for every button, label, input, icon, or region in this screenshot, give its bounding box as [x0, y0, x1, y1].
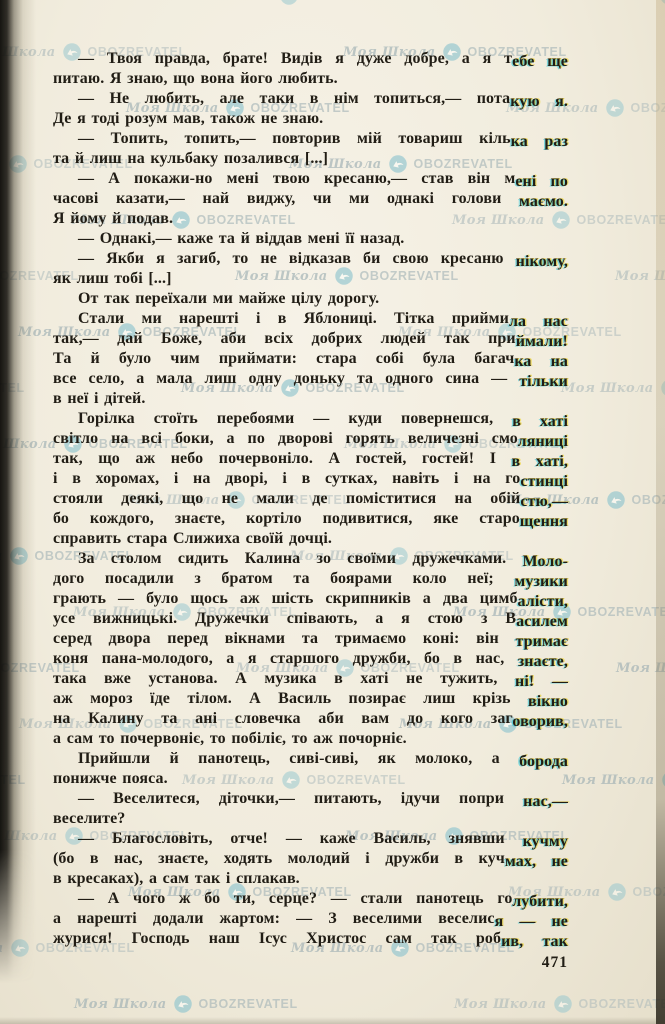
- text-segment: Стали ми нарешті і в Яблониці. Тітка при…: [78, 310, 509, 327]
- watermark-school-label: Моя Школа: [0, 941, 4, 956]
- watermark-school-label: Моя Школа: [616, 661, 665, 676]
- obozrevatel-globe-arrow-icon: [659, 0, 665, 6]
- text-segment: — Якби я загиб, то не відказав би свою к…: [78, 250, 516, 267]
- text-line: Я йому й подав.: [53, 209, 568, 229]
- text-segment: світло на всі боки, а по дворові горять …: [53, 430, 518, 447]
- paragraph: — А покажи-но мені твою кресаню,— став в…: [53, 169, 568, 229]
- text-segment: на Калину та ані словечка аби вам до ког…: [53, 710, 512, 727]
- scan-artifact-text: ні! —: [515, 673, 568, 690]
- paragraph: От так переїхали ми майже цілу дорогу.: [53, 289, 568, 309]
- text-segment: так, що аж небо почервоніло. А гостей, г…: [53, 450, 512, 467]
- scan-artifact-text: ив, так: [501, 933, 568, 950]
- text-line: та й лиш на кульбаку позалився [...]: [53, 149, 568, 169]
- scanned-book-page: Моя Школа OBOZREVATEL Моя Школа OBOZREVA…: [0, 0, 665, 1024]
- text-line: — Топить, топить,— повторив мій товариш …: [53, 129, 568, 149]
- text-segment: — Благословіть, отче! — каже Василь, зня…: [78, 830, 523, 847]
- scan-artifact-text: нас,—: [523, 793, 568, 810]
- text-segment: в неї і дітей.: [53, 390, 145, 407]
- watermark: Моя Школа OBOZREVATEL: [180, 0, 404, 6]
- text-line: грають — було щось аж шість скрипників а…: [53, 589, 568, 609]
- text-line: аж мороз їде тілом. А Василь позирає лиш…: [53, 689, 568, 709]
- text-line: Горілка стоїть перебоями — куди повернеш…: [53, 409, 568, 429]
- text-line: — Веселитеся, діточки,— питають, ідучи п…: [53, 789, 568, 809]
- scan-artifact-text: ебе ще: [512, 53, 568, 70]
- paragraph: — Веселитеся, діточки,— питають, ідучи п…: [53, 789, 568, 829]
- watermark-brand-label: OBOZREVATEL: [0, 773, 26, 787]
- text-segment: так,— дай Боже, аби всіх добрих людей та…: [53, 330, 516, 347]
- text-line: — Не любить, але таки в нім топиться,— п…: [53, 89, 568, 109]
- text-line: і в хоромах, і на дворі, і в сутках, нав…: [53, 469, 568, 489]
- watermark: Моя Школа OBOZREVATEL: [562, 770, 665, 790]
- watermark-brand-label: OBOZREVATEL: [632, 493, 665, 507]
- text-segment: все село, а мала лиш одну доньку та одно…: [53, 370, 519, 387]
- scan-artifact-text: ла нас: [509, 313, 568, 330]
- text-line: все село, а мала лиш одну доньку та одно…: [53, 369, 568, 389]
- scan-artifact-text: ені по: [515, 173, 568, 190]
- text-line: як лиш тобі [...]: [53, 269, 568, 289]
- text-segment: — Веселитеся, діточки,— питають, ідучи п…: [78, 790, 523, 807]
- text-line: От так переїхали ми майже цілу дорогу.: [53, 289, 568, 309]
- scan-artifact-text: щення: [520, 513, 568, 530]
- text-segment: — Топить, топить,— повторив мій товариш …: [78, 130, 511, 147]
- scan-artifact-text: кую я.: [510, 93, 568, 110]
- watermark-school-label: Моя Школа: [0, 549, 3, 564]
- watermark-brand-label: OBOZREVATEL: [579, 997, 665, 1011]
- text-segment: питаю. Я знаю, що вона його любить.: [53, 70, 338, 87]
- text-line: а сам то почервоніє, то побіліє, то аж п…: [53, 729, 568, 749]
- text-segment: така вже установа. А музика в хаті не ту…: [53, 670, 515, 687]
- text-line: часові казати,— най виджу, чи ми однакі …: [53, 189, 568, 209]
- scan-artifact-text: мах, не: [505, 853, 568, 870]
- watermark-brand-label: OBOZREVATEL: [577, 213, 665, 227]
- scan-artifact-text: в хаті,: [512, 453, 568, 470]
- text-segment: журися! Господь наш Ісус Христос сам так…: [53, 930, 501, 947]
- scan-artifact-text: в хаті: [512, 413, 568, 430]
- watermark-school-label: Моя Школа: [454, 997, 547, 1012]
- text-line: веселите?: [53, 809, 568, 829]
- scan-artifact-text: кучму: [523, 833, 568, 850]
- text-line: — А чого ж бо ти, серце? — стали панотец…: [53, 889, 568, 909]
- watermark-brand-label: OBOZREVATEL: [0, 381, 25, 395]
- obozrevatel-globe-arrow-icon: [279, 0, 299, 6]
- scan-artifact-text: знаєте,: [518, 653, 568, 670]
- obozrevatel-globe-arrow-icon: [9, 546, 29, 566]
- scan-artifact-text: оворив,: [512, 713, 568, 730]
- text-line: (бо в нас, знаєте, ходять молодий і друж…: [53, 849, 568, 869]
- text-segment: а нарешті додали жартом: — З веселими ве…: [53, 910, 495, 927]
- watermark: Моя Школа OBOZREVATEL: [0, 770, 26, 790]
- text-line: журися! Господь наш Ісус Христос сам так…: [53, 929, 568, 949]
- text-line: Стали ми нарешті і в Яблониці. Тітка при…: [53, 309, 568, 329]
- scan-artifact-text: лубити,: [512, 893, 568, 910]
- watermark-school-label: Моя Школа: [0, 157, 2, 172]
- obozrevatel-globe-arrow-icon: [10, 938, 30, 958]
- text-line: коня пана-молодого, а я старшого дружби,…: [53, 649, 568, 669]
- text-segment: стояли деякі, що не мали де поміститися …: [53, 490, 520, 507]
- paragraph: Прийшли й панотець, сиві-сиві, як молоко…: [53, 749, 568, 789]
- text-line: серед двора перед вікнами та тримаємо ко…: [53, 629, 568, 649]
- text-segment: Та й було чим приймати: стара собі була …: [53, 350, 514, 367]
- paragraph: — Твоя правда, брате! Видів я дуже добре…: [53, 49, 568, 89]
- text-line: питаю. Я знаю, що вона його любить.: [53, 69, 568, 89]
- text-segment: справить стара Слижиха своїй дочці.: [53, 530, 332, 547]
- watermark: Моя Школа OBOZREVATEL: [0, 0, 24, 6]
- watermark: Моя Школа OBOZREVATEL: [615, 266, 665, 286]
- text-segment: — Твоя правда, брате! Видів я дуже добре…: [78, 50, 512, 67]
- paragraph: — Не любить, але таки в нім топиться,— п…: [53, 89, 568, 129]
- scan-artifact-text: борода: [519, 753, 568, 770]
- text-segment: Де я тоді розум мав, також не знаю.: [53, 110, 323, 127]
- watermark: Моя Школа OBOZREVATEL: [561, 378, 665, 398]
- watermark-school-label: Моя Школа: [0, 45, 56, 60]
- paragraph: — Топить, топить,— повторив мій товариш …: [53, 129, 568, 169]
- text-line: — Благословіть, отче! — каже Василь, зня…: [53, 829, 568, 849]
- text-line: — Однакі,— каже та й віддав мені її наза…: [53, 229, 568, 249]
- watermark-brand-label: OBOZREVATEL: [305, 0, 404, 3]
- text-line: Та й було чим приймати: стара собі була …: [53, 349, 568, 369]
- obozrevatel-globe-arrow-icon: [8, 154, 28, 174]
- obozrevatel-globe-arrow-icon: [173, 994, 193, 1014]
- text-segment: Горілка стоїть перебоями — куди повернеш…: [78, 410, 512, 427]
- text-line: Де я тоді розум мав, також не знаю.: [53, 109, 568, 129]
- text-line: світло на всі боки, а по дворові горять …: [53, 429, 568, 449]
- text-segment: аж мороз їде тілом. А Василь позирає лиш…: [53, 690, 528, 707]
- bottom-edge-shadow: [0, 1017, 665, 1024]
- watermark: Моя Школа OBOZREVATEL: [616, 658, 665, 678]
- text-line: понижче пояса.: [53, 769, 568, 789]
- text-segment: — А покажи-но мені твою кресаню,— став в…: [78, 170, 515, 187]
- scan-artifact-text: асилем: [516, 613, 568, 630]
- text-segment: — А чого ж бо ти, серце? — стали панотец…: [78, 890, 512, 907]
- text-line: — Якби я загиб, то не відказав би свою к…: [53, 249, 568, 269]
- text-line: За столом сидить Калина зо своїми дружеч…: [53, 549, 568, 569]
- text-segment: — Не любить, але таки в нім топиться,— п…: [78, 90, 510, 107]
- paragraph: — Благословіть, отче! — каже Василь, зня…: [53, 829, 568, 889]
- text-segment: і в хоромах, і на дворі, і в сутках, нав…: [53, 470, 520, 487]
- paragraph: — А чого ж бо ти, серце? — стали панотец…: [53, 889, 568, 949]
- text-segment: понижче пояса.: [53, 770, 168, 787]
- text-segment: як лиш тобі [...]: [53, 270, 172, 287]
- scan-artifact-text: стю,—: [520, 493, 568, 510]
- text-segment: коня пана-молодого, а я старшого дружби,…: [53, 650, 518, 667]
- page-edge-shadow: [656, 0, 665, 1024]
- scan-artifact-text: вікно: [528, 693, 568, 710]
- obozrevatel-globe-arrow-icon: [660, 378, 665, 398]
- text-segment: Прийшли й панотець, сиві-сиві, як молоко…: [78, 750, 519, 767]
- obozrevatel-globe-arrow-icon: [606, 490, 626, 510]
- watermark-brand-label: OBOZREVATEL: [631, 101, 665, 115]
- obozrevatel-globe-arrow-icon: [661, 770, 665, 790]
- text-segment: а сам то почервоніє, то побіліє, то аж п…: [53, 730, 407, 747]
- watermark-school-label: Моя Школа: [560, 0, 653, 4]
- text-line: така вже установа. А музика в хаті не ту…: [53, 669, 568, 689]
- text-line: так, що аж небо почервоніло. А гостей, г…: [53, 449, 568, 469]
- paragraph: — Однакі,— каже та й віддав мені її наза…: [53, 229, 568, 249]
- watermark-brand-label: OBOZREVATEL: [633, 885, 665, 899]
- watermark: Моя Школа OBOZREVATEL: [454, 994, 665, 1014]
- paragraph: Горілка стоїть перебоями — куди повернеш…: [53, 409, 568, 549]
- watermark-brand-label: OBOZREVATEL: [0, 0, 24, 3]
- text-segment: грають — було щось аж шість скрипників а…: [53, 590, 518, 607]
- scan-artifact-text: ка раз: [511, 133, 568, 150]
- scan-artifact-text: я — не: [495, 913, 568, 930]
- text-line: в кресаках), а сам так і сплакав.: [53, 869, 568, 889]
- text-line: а нарешті додали жартом: — З веселими ве…: [53, 909, 568, 929]
- paragraph: За столом сидить Калина зо своїми дружеч…: [53, 549, 568, 749]
- watermark-school-label: Моя Школа: [74, 997, 167, 1012]
- text-segment: — Однакі,— каже та й віддав мені її наза…: [78, 230, 404, 247]
- text-segment: От так переїхали ми майже цілу дорогу.: [78, 290, 379, 307]
- text-line: так,— дай Боже, аби всіх добрих людей та…: [53, 329, 568, 349]
- watermark: Моя Школа OBOZREVATEL: [560, 0, 665, 6]
- text-line: усе вижницькі. Дружечки співають, а я ст…: [53, 609, 568, 629]
- text-segment: За столом сидить Калина зо своїми дружеч…: [78, 550, 523, 567]
- watermark-school-label: Моя Школа: [615, 269, 665, 284]
- watermark-brand-label: OBOZREVATEL: [199, 997, 298, 1011]
- scan-artifact-text: алісти,: [518, 593, 568, 610]
- page-number: 471: [53, 954, 568, 972]
- scan-artifact-text: стинці: [520, 473, 568, 490]
- text-segment: усе вижницькі. Дружечки співають, а я ст…: [53, 610, 516, 627]
- page-text: — Твоя правда, брате! Видів я дуже добре…: [53, 49, 568, 949]
- text-segment: веселите?: [53, 810, 125, 827]
- watermark-school-label: Моя Школа: [0, 437, 57, 452]
- watermark-school-label: Моя Школа: [180, 0, 273, 4]
- scan-artifact-text: нікому,: [516, 253, 568, 270]
- text-line: Прийшли й панотець, сиві-сиві, як молоко…: [53, 749, 568, 769]
- watermark: Моя Школа OBOZREVATEL: [0, 378, 25, 398]
- watermark-brand-label: OBOZREVATEL: [578, 605, 665, 619]
- text-line: бо кождого, знаєте, кортіло подивитися, …: [53, 509, 568, 529]
- text-segment: серед двора перед вікнами та тримаємо ко…: [53, 630, 516, 647]
- paragraph: — Якби я загиб, то не відказав би свою к…: [53, 249, 568, 289]
- scan-artifact-text: музики: [514, 573, 568, 590]
- paragraph: Стали ми нарешті і в Яблониці. Тітка при…: [53, 309, 568, 409]
- text-segment: в кресаках), а сам так і сплакав.: [53, 870, 300, 887]
- watermark-school-label: Моя Школа: [562, 773, 655, 788]
- text-segment: часові казати,— най виджу, чи ми однакі …: [53, 190, 519, 207]
- obozrevatel-globe-arrow-icon: [607, 882, 627, 902]
- scan-artifact-text: тільки: [519, 373, 568, 390]
- watermark: Моя Школа OBOZREVATEL: [74, 994, 298, 1014]
- text-segment: та й лиш на кульбаку позалився [...]: [53, 150, 328, 167]
- text-segment: бо кождого, знаєте, кортіло подивитися, …: [53, 510, 520, 527]
- watermark-school-label: Моя Школа: [0, 829, 58, 844]
- scan-artifact-text: Моло-: [523, 553, 568, 570]
- text-segment: Я йому й подав.: [53, 210, 173, 227]
- text-segment: дого посадили з братом та боярами коло н…: [53, 570, 514, 587]
- text-line: — А покажи-но мені твою кресаню,— став в…: [53, 169, 568, 189]
- watermark-school-label: Моя Школа: [561, 381, 654, 396]
- scan-artifact-text: тримає: [516, 633, 568, 650]
- binding-shadow: [0, 0, 36, 1024]
- obozrevatel-globe-arrow-icon: [553, 994, 573, 1014]
- text-line: на Калину та ані словечка аби вам до ког…: [53, 709, 568, 729]
- scan-artifact-text: ймали!: [516, 333, 568, 350]
- text-line: дого посадили з братом та боярами коло н…: [53, 569, 568, 589]
- text-line: в неї і дітей.: [53, 389, 568, 409]
- text-segment: (бо в нас, знаєте, ходять молодий і друж…: [53, 850, 505, 867]
- obozrevatel-globe-arrow-icon: [605, 98, 625, 118]
- text-line: справить стара Слижиха своїй дочці.: [53, 529, 568, 549]
- scan-artifact-text: ка на: [514, 353, 568, 370]
- scan-artifact-text: ляниці: [518, 433, 568, 450]
- text-line: — Твоя правда, брате! Видів я дуже добре…: [53, 49, 568, 69]
- text-line: стояли деякі, що не мали де поміститися …: [53, 489, 568, 509]
- scan-artifact-text: маємо.: [519, 193, 568, 210]
